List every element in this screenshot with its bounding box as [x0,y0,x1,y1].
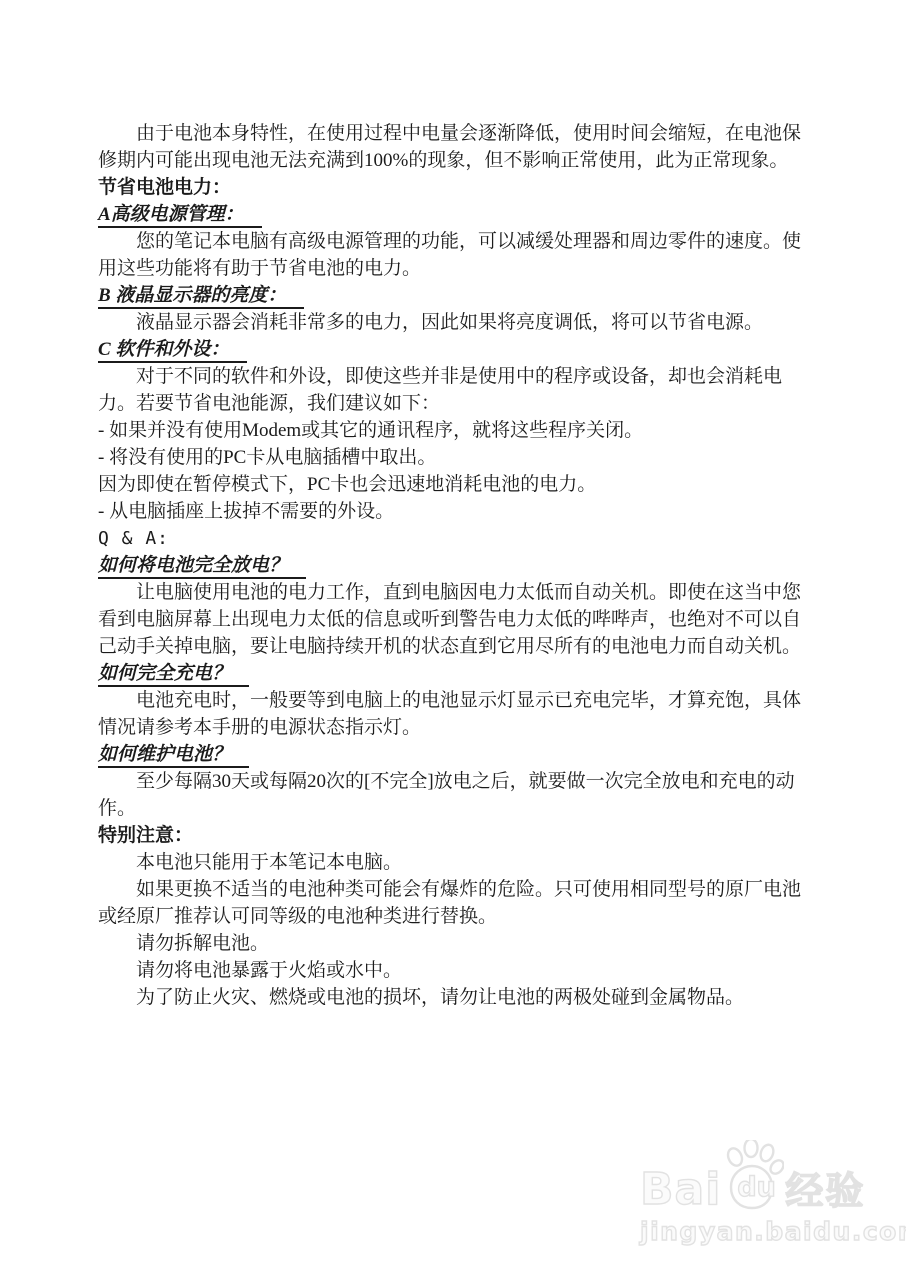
subsection-heading-power-management: A高级电源管理： [98,201,814,228]
qa-answer-maintain-battery: 至少每隔30天或每隔20次的[不完全]放电之后，就要做一次完全放电和充电的动作。 [98,768,814,822]
tip-line-modem: - 如果并没有使用Modem或其它的通讯程序，就将这些程序关闭。 [98,417,814,444]
qa-question-full-discharge: 如何将电池完全放电？ [98,552,814,579]
intro-paragraph: 由于电池本身特性，在使用过程中电量会逐渐降低，使用时间会缩短，在电池保修期内可能… [98,120,814,174]
section-title-save-power: 节省电池电力： [98,174,814,201]
power-saving-tips-list: - 如果并没有使用Modem或其它的通讯程序，就将这些程序关闭。 - 将没有使用… [98,417,814,525]
subsection-body-power-management: 您的笔记本电脑有高级电源管理的功能，可以减缓处理器和周边零件的速度。使用这些功能… [98,228,814,282]
notice-item-no-fire-water: 请勿将电池暴露于火焰或水中。 [98,957,814,984]
subsection-body-software-peripherals: 对于不同的软件和外设，即使这些并非是使用中的程序或设备，却也会消耗电力。若要节省… [98,363,814,417]
notice-item-only-this-laptop: 本电池只能用于本笔记本电脑。 [98,849,814,876]
qa-question-full-charge-text: 如何完全充电？ [98,663,249,687]
notice-item-explosion-risk: 如果更换不适当的电池种类可能会有爆炸的危险。只可使用相同型号的原厂电池或经原厂推… [98,876,814,930]
watermark-url: jingyan.baidu.com [640,1217,880,1246]
qa-answer-full-charge: 电池充电时，一般要等到电脑上的电池显示灯显示已充电完毕，才算充饱，具体情况请参考… [98,687,814,741]
subsection-heading-software-peripherals-text: C 软件和外设： [98,339,247,363]
subsection-heading-power-management-text: A高级电源管理： [98,204,262,228]
qa-question-maintain-battery: 如何维护电池？ [98,741,814,768]
section-title-special-notice: 特别注意： [98,822,814,849]
notice-item-no-metal-contact: 为了防止火灾、燃烧或电池的损坏，请勿让电池的两极处碰到金属物品。 [98,984,814,1011]
tip-line-unplug: - 从电脑插座上拔掉不需要的外设。 [98,498,814,525]
qa-question-full-discharge-text: 如何将电池完全放电？ [98,555,306,579]
document-page: 由于电池本身特性，在使用过程中电量会逐渐降低，使用时间会缩短，在电池保修期内可能… [0,0,906,1280]
qa-answer-full-discharge: 让电脑使用电池的电力工作，直到电脑因电力太低而自动关机。即使在这当中您看到电脑屏… [98,579,814,660]
qa-section-label: Q & A: [98,525,814,552]
tip-line-pc-card: - 将没有使用的PC卡从电脑插槽中取出。 [98,444,814,471]
tip-line-pc-card-note: 因为即使在暂停模式下，PC卡也会迅速地消耗电池的电力。 [98,471,814,498]
watermark-brand-bai: Bai [640,1168,721,1212]
watermark-brand-du: du [737,1174,776,1201]
subsection-heading-software-peripherals: C 软件和外设： [98,336,814,363]
qa-question-maintain-battery-text: 如何维护电池？ [98,744,249,768]
qa-question-full-charge: 如何完全充电？ [98,660,814,687]
subsection-body-lcd-brightness: 液晶显示器会消耗非常多的电力，因此如果将亮度调低，将可以节省电源。 [98,309,814,336]
baidu-jingyan-watermark: Bai du 经验 jingyan.baidu.com [640,1148,880,1246]
page-content: 由于电池本身特性，在使用过程中电量会逐渐降低，使用时间会缩短，在电池保修期内可能… [0,0,906,1011]
subsection-heading-lcd-brightness-text: B 液晶显示器的亮度： [98,285,304,309]
notice-item-no-disassembly: 请勿拆解电池。 [98,930,814,957]
paw-icon: du [722,1140,784,1212]
subsection-heading-lcd-brightness: B 液晶显示器的亮度： [98,282,814,309]
watermark-brand-row: Bai du 经验 [640,1148,880,1212]
watermark-brand-jingyan: 经验 [785,1172,865,1212]
